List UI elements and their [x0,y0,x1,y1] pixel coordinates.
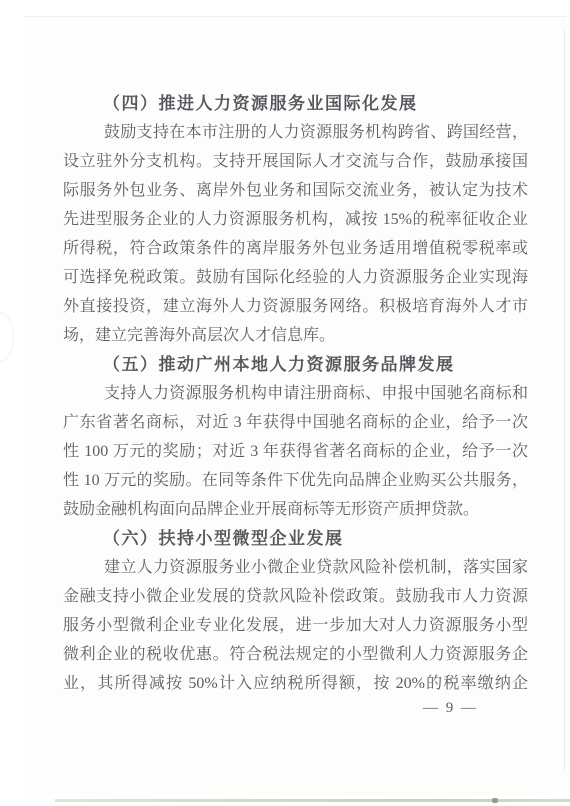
doc-line: 服务小型微利企业专业化发展，进一步加大对人力资源服务小型 [63,611,528,640]
doc-line: 设立驻外分支机构。支持开展国际人才交流与合作，鼓励承接国 [63,147,528,176]
scan-artifact-arc [0,312,14,362]
doc-line: 鼓励金融机构面向品牌企业开展商标等无形资产质押贷款。 [63,495,528,524]
doc-line: 外直接投资，建立海外人力资源服务网络。积极培育海外人才市 [63,292,528,321]
section-heading-6: （六）扶持小型微型企业发展 [63,524,528,553]
document-text-column: （四）推进人力资源服务业国际化发展 鼓励支持在本市注册的人力资源服务机构跨省、跨… [63,89,528,698]
doc-line: 场，建立完善海外高层次人才信息库。 [63,321,528,350]
doc-line: 鼓励支持在本市注册的人力资源服务机构跨省、跨国经营， [63,118,528,147]
doc-line: 性 100 万元的奖励；对近 3 年获得省著名商标的企业，给予一次 [63,437,528,466]
doc-line: 支持人力资源服务机构申请注册商标、申报中国驰名商标和 [63,379,528,408]
page-bottom-edge [55,799,570,802]
doc-line: 际服务外包业务、离岸外包业务和国际交流业务，被认定为技术 [63,176,528,205]
section-heading-5: （五）推动广州本地人力资源服务品牌发展 [63,350,528,379]
section-heading-4: （四）推进人力资源服务业国际化发展 [63,89,528,118]
doc-line: 建立人力资源服务业小微企业贷款风险补偿机制，落实国家 [63,553,528,582]
doc-line: 性 10 万元的奖励。在同等条件下优先向品牌企业购买公共服务， [63,466,528,495]
doc-line: 微利企业的税收优惠。符合税法规定的小型微利人力资源服务企 [63,640,528,669]
doc-line: 可选择免税政策。鼓励有国际化经验的人力资源服务企业实现海 [63,263,528,292]
scan-speck [492,798,498,803]
doc-line: 广东省著名商标，对近 3 年获得中国驰名商标的企业，给予一次 [63,408,528,437]
doc-line: 业，其所得减按 50%计入应纳税所得额，按 20%的税率缴纳企 [63,669,528,698]
page-right-edge [564,30,565,770]
page-number: — 9 — [63,695,528,721]
doc-line: 先进型服务企业的人力资源服务机构，减按 15%的税率征收企业 [63,205,528,234]
doc-line: 金融支持小微企业发展的贷款风险补偿政策。鼓励我市人力资源 [63,582,528,611]
doc-line: 所得税，符合政策条件的离岸服务外包业务适用增值税零税率或 [63,234,528,263]
